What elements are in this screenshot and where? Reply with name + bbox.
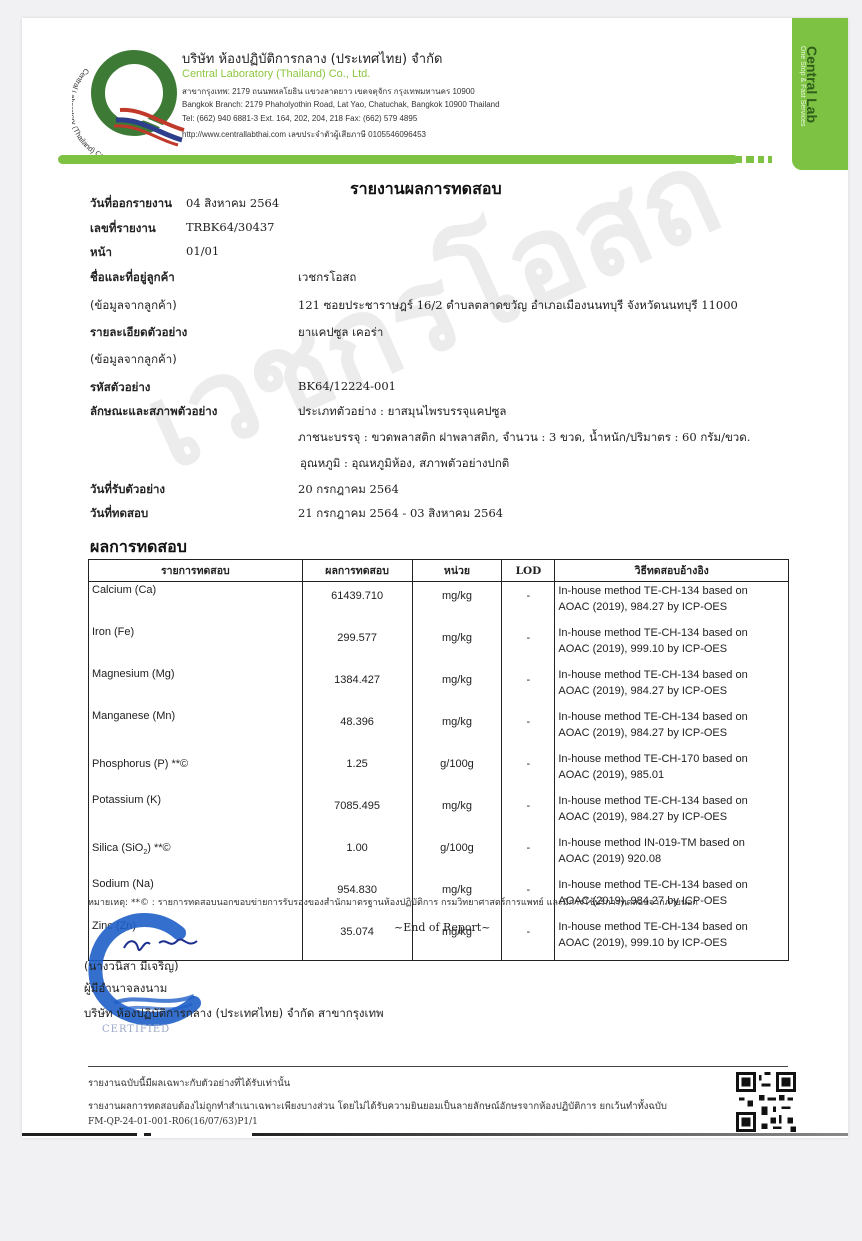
report-number-label: เลขที่รายงาน	[90, 220, 156, 238]
test-lod: -	[502, 792, 555, 834]
company-name-english: Central Laboratory (Thailand) Co., Ltd.	[182, 68, 370, 80]
table-row: Phosphorus (P) **© 1.25 g/100g - In-hous…	[89, 750, 789, 792]
method-line: AOAC (2019), 999.10 by ICP-OES	[558, 641, 788, 657]
sample-code-value: BK64/12224-001	[298, 379, 396, 393]
sample-temperature: อุณหภูมิ : อุณหภูมิห้อง, สภาพตัวอย่างปกต…	[300, 455, 509, 473]
test-date-value: 21 กรกฎาคม 2564 - 03 สิงหาคม 2564	[298, 505, 503, 523]
remark-note: หมายเหตุ: **© : รายการทดสอบนอกขอบข่ายการ…	[88, 895, 698, 909]
method-line: AOAC (2019), 984.27 by ICP-OES	[558, 599, 788, 615]
customer-label: ชื่อและที่อยู่ลูกค้า	[90, 269, 175, 287]
table-row: Magnesium (Mg) 1384.427 mg/kg - In-house…	[89, 666, 789, 708]
central-lab-logo-icon: Central Laboratory (Thailand) Co.,Ltd.	[72, 38, 192, 158]
divider-square	[734, 156, 742, 163]
method-line: In-house method TE-CH-134 based on	[558, 709, 788, 725]
method-line: AOAC (2019), 984.27 by ICP-OES	[558, 809, 788, 825]
column-header-test-item: รายการทดสอบ	[89, 560, 303, 582]
divider-square	[758, 156, 764, 163]
test-unit: mg/kg	[412, 624, 502, 666]
test-date-label: วันที่ทดสอบ	[90, 505, 148, 523]
issue-date-value: 04 สิงหาคม 2564	[186, 195, 279, 213]
test-result: 299.577	[302, 624, 412, 666]
test-lod: -	[502, 708, 555, 750]
customer-address: 121 ซอยประชาราษฎร์ 16/2 ตำบลตลาดขวัญ อำเ…	[298, 297, 738, 315]
test-item: Phosphorus (P) **©	[89, 750, 303, 792]
footer-validity-note: รายงานฉบับนี้มีผลเฉพาะกับตัวอย่างที่ได้ร…	[88, 1076, 290, 1091]
page-edge-line	[252, 1133, 848, 1136]
method-line: In-house method TE-CH-134 based on	[558, 919, 788, 935]
test-method: In-house method TE-CH-134 based onAOAC (…	[555, 918, 789, 961]
method-line: AOAC (2019) 920.08	[558, 851, 788, 867]
test-lod: -	[502, 624, 555, 666]
method-line: In-house method TE-CH-134 based on	[558, 877, 788, 893]
company-name-thai: บริษัท ห้องปฏิบัติการกลาง (ประเทศไทย) จำ…	[182, 48, 442, 69]
sample-condition-label: ลักษณะและสภาพตัวอย่าง	[90, 403, 217, 421]
divider-square	[722, 156, 730, 163]
table-row: Potassium (K) 7085.495 mg/kg - In-house …	[89, 792, 789, 834]
page-value: 01/01	[186, 244, 219, 258]
received-date-label: วันที่รับตัวอย่าง	[90, 481, 165, 499]
table-row: Calcium (Ca) 61439.710 mg/kg - In-house …	[89, 582, 789, 625]
test-unit: g/100g	[412, 750, 502, 792]
method-line: AOAC (2019), 999.10 by ICP-OES	[558, 935, 788, 951]
test-method: In-house method TE-CH-170 based onAOAC (…	[555, 750, 789, 792]
sample-detail-value: ยาแคปซูล เคอร่า	[298, 324, 383, 342]
test-result: 1.00	[302, 834, 412, 876]
signatory-company: บริษัท ห้องปฏิบัติการกลาง (ประเทศไทย) จำ…	[84, 1005, 384, 1023]
received-date-value: 20 กรกฎาคม 2564	[298, 481, 399, 499]
column-header-unit: หน่วย	[412, 560, 502, 582]
test-method: In-house method TE-CH-134 based onAOAC (…	[555, 624, 789, 666]
test-lod: -	[502, 918, 555, 961]
customer-name: เวชกรโอสถ	[298, 269, 356, 287]
report-title: รายงานผลการทดสอบ	[350, 177, 502, 202]
table-row: Manganese (Mn) 48.396 mg/kg - In-house m…	[89, 708, 789, 750]
method-line: In-house method TE-CH-170 based on	[558, 751, 788, 767]
method-line: In-house method TE-CH-134 based on	[558, 625, 788, 641]
test-unit: mg/kg	[412, 708, 502, 750]
address-thai: สาขากรุงเทพ: 2179 ถนนพหลโยธิน แขวงลาดยาว…	[182, 85, 475, 98]
test-method: In-house method TE-CH-134 based onAOAC (…	[555, 666, 789, 708]
test-item: Manganese (Mn)	[89, 708, 303, 750]
method-line: In-house method TE-CH-134 based on	[558, 667, 788, 683]
form-code: FM-QP-24-01-001-R06(16/07/63)P1/1	[88, 1117, 258, 1127]
method-line: AOAC (2019), 985.01	[558, 767, 788, 783]
report-page: Central Laboratory (Thailand) Co.,Ltd. บ…	[22, 18, 848, 1138]
method-line: AOAC (2019), 984.27 by ICP-OES	[558, 725, 788, 741]
sample-detail-label: รายละเอียดตัวอย่าง	[90, 324, 187, 342]
page-edge-line	[144, 1133, 151, 1136]
test-method: In-house method IN-019-TM based onAOAC (…	[555, 834, 789, 876]
test-method: In-house method TE-CH-134 based onAOAC (…	[555, 582, 789, 625]
test-result: 7085.495	[302, 792, 412, 834]
divider-square	[746, 156, 754, 163]
sample-type: ประเภทตัวอย่าง : ยาสมุนไพรบรรจุแคปซูล	[298, 403, 506, 421]
sample-info-note: (ข้อมูลจากลูกค้า)	[90, 351, 177, 369]
page-edge-line	[22, 1133, 137, 1136]
website-tax-id: http://www.centrallabthai.com เลขประจำตั…	[182, 128, 426, 141]
divider-square	[710, 156, 718, 163]
test-item: Calcium (Ca)	[89, 582, 303, 625]
page-label: หน้า	[90, 244, 112, 262]
test-result: 48.396	[302, 708, 412, 750]
test-lod: -	[502, 834, 555, 876]
item-text: ) **©	[147, 842, 170, 854]
footer-divider	[88, 1066, 788, 1067]
test-lod: -	[502, 750, 555, 792]
test-item: Iron (Fe)	[89, 624, 303, 666]
table-header-row: รายการทดสอบ ผลการทดสอบ หน่วย LOD วิธีทดส…	[89, 560, 789, 582]
test-unit: mg/kg	[412, 666, 502, 708]
side-tab-title: Central Lab	[804, 46, 820, 123]
sample-container: ภาชนะบรรจุ : ขวดพลาสติก ฝาพลาสติก, จำนวน…	[298, 429, 750, 447]
test-unit: mg/kg	[412, 792, 502, 834]
footer-copy-note: รายงานผลการทดสอบต้องไม่ถูกทำสำเนาเฉพาะเพ…	[88, 1099, 667, 1114]
results-heading: ผลการทดสอบ	[90, 535, 187, 560]
test-result: 61439.710	[302, 582, 412, 625]
test-item: Potassium (K)	[89, 792, 303, 834]
test-method: In-house method TE-CH-134 based onAOAC (…	[555, 708, 789, 750]
test-lod: -	[502, 666, 555, 708]
column-header-method: วิธีทดสอบอ้างอิง	[555, 560, 789, 582]
table-row: Iron (Fe) 299.577 mg/kg - In-house metho…	[89, 624, 789, 666]
table-row: Silica (SiO2) **© 1.00 g/100g - In-house…	[89, 834, 789, 876]
column-header-lod: LOD	[502, 560, 555, 582]
header-divider	[58, 155, 738, 164]
customer-info-note: (ข้อมูลจากลูกค้า)	[90, 297, 177, 315]
divider-square	[768, 156, 772, 163]
item-text: Silica (SiO	[92, 842, 143, 854]
method-line: In-house method IN-019-TM based on	[558, 835, 788, 851]
method-line: In-house method TE-CH-134 based on	[558, 583, 788, 599]
central-lab-side-tab: Central Lab One Stop & Fast Services	[792, 18, 848, 170]
address-english: Bangkok Branch: 2179 Phaholyothin Road, …	[182, 100, 500, 109]
test-item: Silica (SiO2) **©	[89, 834, 303, 876]
test-result: 1384.427	[302, 666, 412, 708]
test-unit: mg/kg	[412, 582, 502, 625]
certified-stamp-text: CERTIFIED	[102, 1024, 170, 1035]
test-lod: -	[502, 582, 555, 625]
method-line: AOAC (2019), 984.27 by ICP-OES	[558, 683, 788, 699]
sample-code-label: รหัสตัวอย่าง	[90, 379, 150, 397]
signatory-role: ผู้มีอำนาจลงนาม	[84, 980, 167, 998]
issue-date-label: วันที่ออกรายงาน	[90, 195, 172, 213]
report-number-value: TRBK64/30437	[186, 220, 274, 234]
qr-code-icon	[736, 1072, 796, 1132]
end-of-report: ~End of Report~	[394, 921, 490, 934]
column-header-result: ผลการทดสอบ	[302, 560, 412, 582]
test-method: In-house method TE-CH-134 based onAOAC (…	[555, 792, 789, 834]
contact-info: Tel: (662) 940 6881-3 Ext. 164, 202, 204…	[182, 114, 417, 123]
side-tab-subtitle: One Stop & Fast Services	[799, 46, 806, 127]
test-unit: g/100g	[412, 834, 502, 876]
test-item: Magnesium (Mg)	[89, 666, 303, 708]
test-result: 1.25	[302, 750, 412, 792]
signatory-name: (นางวนิสา มีเจริญ)	[84, 958, 179, 976]
method-line: In-house method TE-CH-134 based on	[558, 793, 788, 809]
